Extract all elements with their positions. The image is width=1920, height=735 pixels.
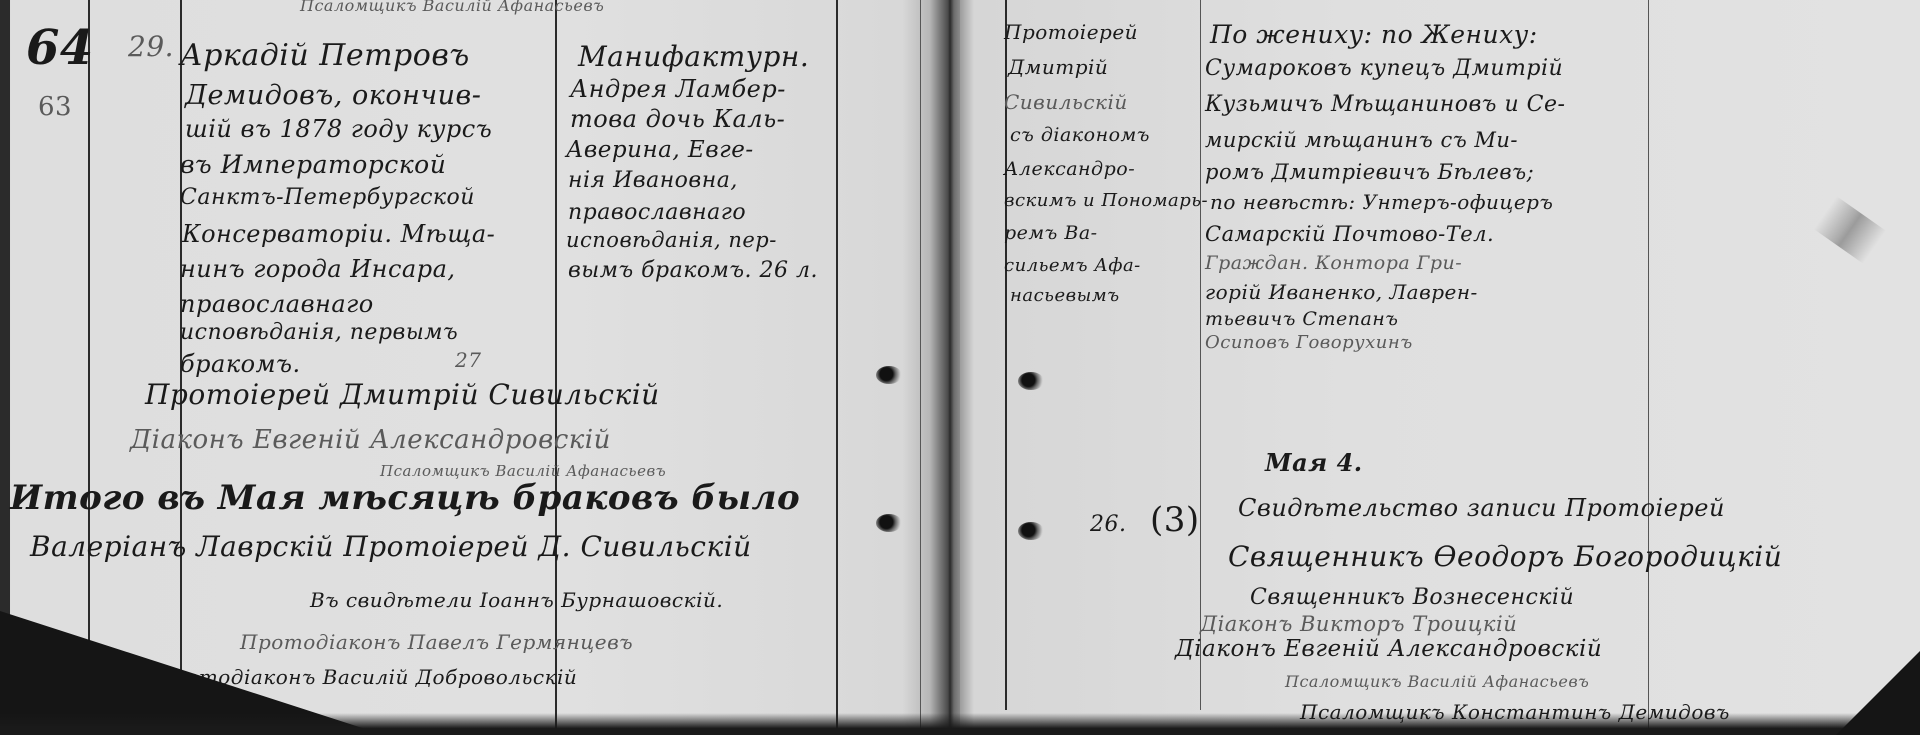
officiant-line: вскимъ и Пономарь- bbox=[1004, 190, 1208, 211]
protodeacon-signature-1: Протодіаконъ Павелъ Гермянцевъ bbox=[240, 630, 633, 654]
header-signature: Псаломщикъ Василій Афанасьевъ bbox=[300, 0, 604, 15]
witness-line: Граждан. Контора Гри- bbox=[1205, 252, 1462, 274]
page-number: 64 bbox=[26, 20, 94, 76]
witness-line: По жениху: по Жениху: bbox=[1210, 20, 1538, 49]
column-rule bbox=[836, 0, 838, 735]
ink-smudge bbox=[1814, 196, 1886, 263]
bride-line: Манифактурн. bbox=[578, 40, 809, 73]
officiant-line: сильемъ Афа- bbox=[1004, 255, 1141, 276]
date-mark: Мая 4. bbox=[1265, 448, 1363, 477]
witness-line: мирскій мѣщанинъ съ Ми- bbox=[1205, 128, 1518, 152]
bride-line: православнаго bbox=[568, 200, 746, 225]
bride-line: вымъ бракомъ. 26 л. bbox=[568, 258, 818, 283]
groom-line: Консерваторіи. Мѣща- bbox=[182, 220, 495, 248]
witness-line: тьевичъ Степанъ bbox=[1205, 308, 1398, 330]
officiant-line: Протоіерей bbox=[1004, 20, 1138, 44]
column-rule bbox=[920, 0, 921, 735]
witness-line: по невѣстѣ: Унтеръ-офицеръ bbox=[1210, 190, 1553, 214]
groom-line: Аркадій Петровъ bbox=[180, 38, 470, 73]
total-signatures-line: Валеріанъ Лаврскій Протоіерей Д. Сивильс… bbox=[30, 530, 752, 563]
groom-line: шій въ 1878 году курсъ bbox=[185, 115, 492, 143]
groom-line: Санктъ-Петербургской bbox=[180, 185, 475, 210]
bride-line: Андрея Ламбер- bbox=[570, 75, 786, 103]
witness-line: Сумароковъ купецъ Дмитрій bbox=[1205, 56, 1563, 81]
column-rule bbox=[555, 0, 557, 735]
officiant-line: Дмитрій bbox=[1008, 55, 1108, 79]
witness-line: Кузьмичъ Мѣщаниновъ и Се- bbox=[1205, 92, 1565, 117]
binding-hole bbox=[876, 366, 902, 384]
groom-line: исповѣданія, первымъ bbox=[180, 320, 458, 345]
bride-line: това дочь Каль- bbox=[570, 105, 785, 133]
officiant-line: ремъ Ва- bbox=[1004, 222, 1098, 244]
officiant-line: Сивильскій bbox=[1004, 90, 1128, 114]
old-page-number: 63 bbox=[38, 92, 72, 122]
bride-line: исповѣданія, пер- bbox=[566, 228, 777, 252]
column-rule bbox=[1200, 0, 1201, 710]
binding-hole bbox=[876, 514, 902, 532]
book-shadow-bottom bbox=[0, 713, 1920, 735]
officiant-line: Александро- bbox=[1004, 158, 1135, 180]
groom-line: бракомъ. bbox=[180, 350, 301, 378]
witness-line: ромъ Дмитріевичъ Бѣлевъ; bbox=[1205, 160, 1534, 184]
bride-line: нія Ивановна, bbox=[568, 168, 738, 193]
entry2-line: Псаломщикъ Василій Афанасьевъ bbox=[1285, 672, 1589, 691]
right-page: Протоіерей Дмитрій Сивильскій съ діаконо… bbox=[960, 0, 1920, 735]
binding-hole bbox=[1018, 372, 1044, 390]
entry2-number: 26. bbox=[1090, 512, 1127, 537]
officiant-line: насьевымъ bbox=[1010, 285, 1120, 306]
entry2-line: Священникъ Вознесенскій bbox=[1250, 585, 1574, 610]
entry2-line: Свидѣтельство записи Протоіерей bbox=[1238, 494, 1725, 522]
groom-line: православнаго bbox=[180, 290, 374, 318]
witness-line: горій Иваненко, Лаврен- bbox=[1205, 280, 1478, 304]
column-rule bbox=[1648, 0, 1649, 735]
entry-number: 29. bbox=[128, 30, 174, 63]
entry2-paren-number: (3) bbox=[1150, 500, 1200, 540]
entry2-line: Діаконъ Викторъ Троицкій bbox=[1200, 612, 1517, 636]
groom-line: нинъ города Инсара, bbox=[180, 255, 456, 283]
witness-line: Осиповъ Говорухинъ bbox=[1205, 332, 1413, 353]
entry2-line: Діаконъ Евгеній Александровскій bbox=[1175, 636, 1602, 662]
total-line: Итого въ Мая мѣсяцѣ браковъ было bbox=[10, 478, 800, 518]
witness-line: Въ свидѣтели Іоаннъ Бурнашовскій. bbox=[310, 588, 723, 612]
binding-hole bbox=[1018, 522, 1044, 540]
column-rule bbox=[88, 0, 90, 735]
signature-archpriest: Протоіерей Дмитрій Сивильскій bbox=[145, 378, 660, 411]
signature-deacon: Діаконъ Евгеній Александровскій bbox=[130, 425, 611, 455]
groom-line: въ Императорской bbox=[180, 150, 446, 179]
officiant-line: съ діакономъ bbox=[1010, 124, 1150, 146]
entry2-line: Священникъ Ѳеодоръ Богородицкій bbox=[1228, 540, 1782, 573]
groom-line: Демидовъ, окончив- bbox=[185, 80, 481, 111]
age-mark: 27 bbox=[455, 348, 481, 372]
left-page: 64 63 Псаломщикъ Василій Афанасьевъ 29. … bbox=[0, 0, 940, 735]
bride-line: Аверина, Евге- bbox=[566, 137, 754, 163]
witness-line: Самарскій Почтово-Тел. bbox=[1205, 222, 1494, 246]
